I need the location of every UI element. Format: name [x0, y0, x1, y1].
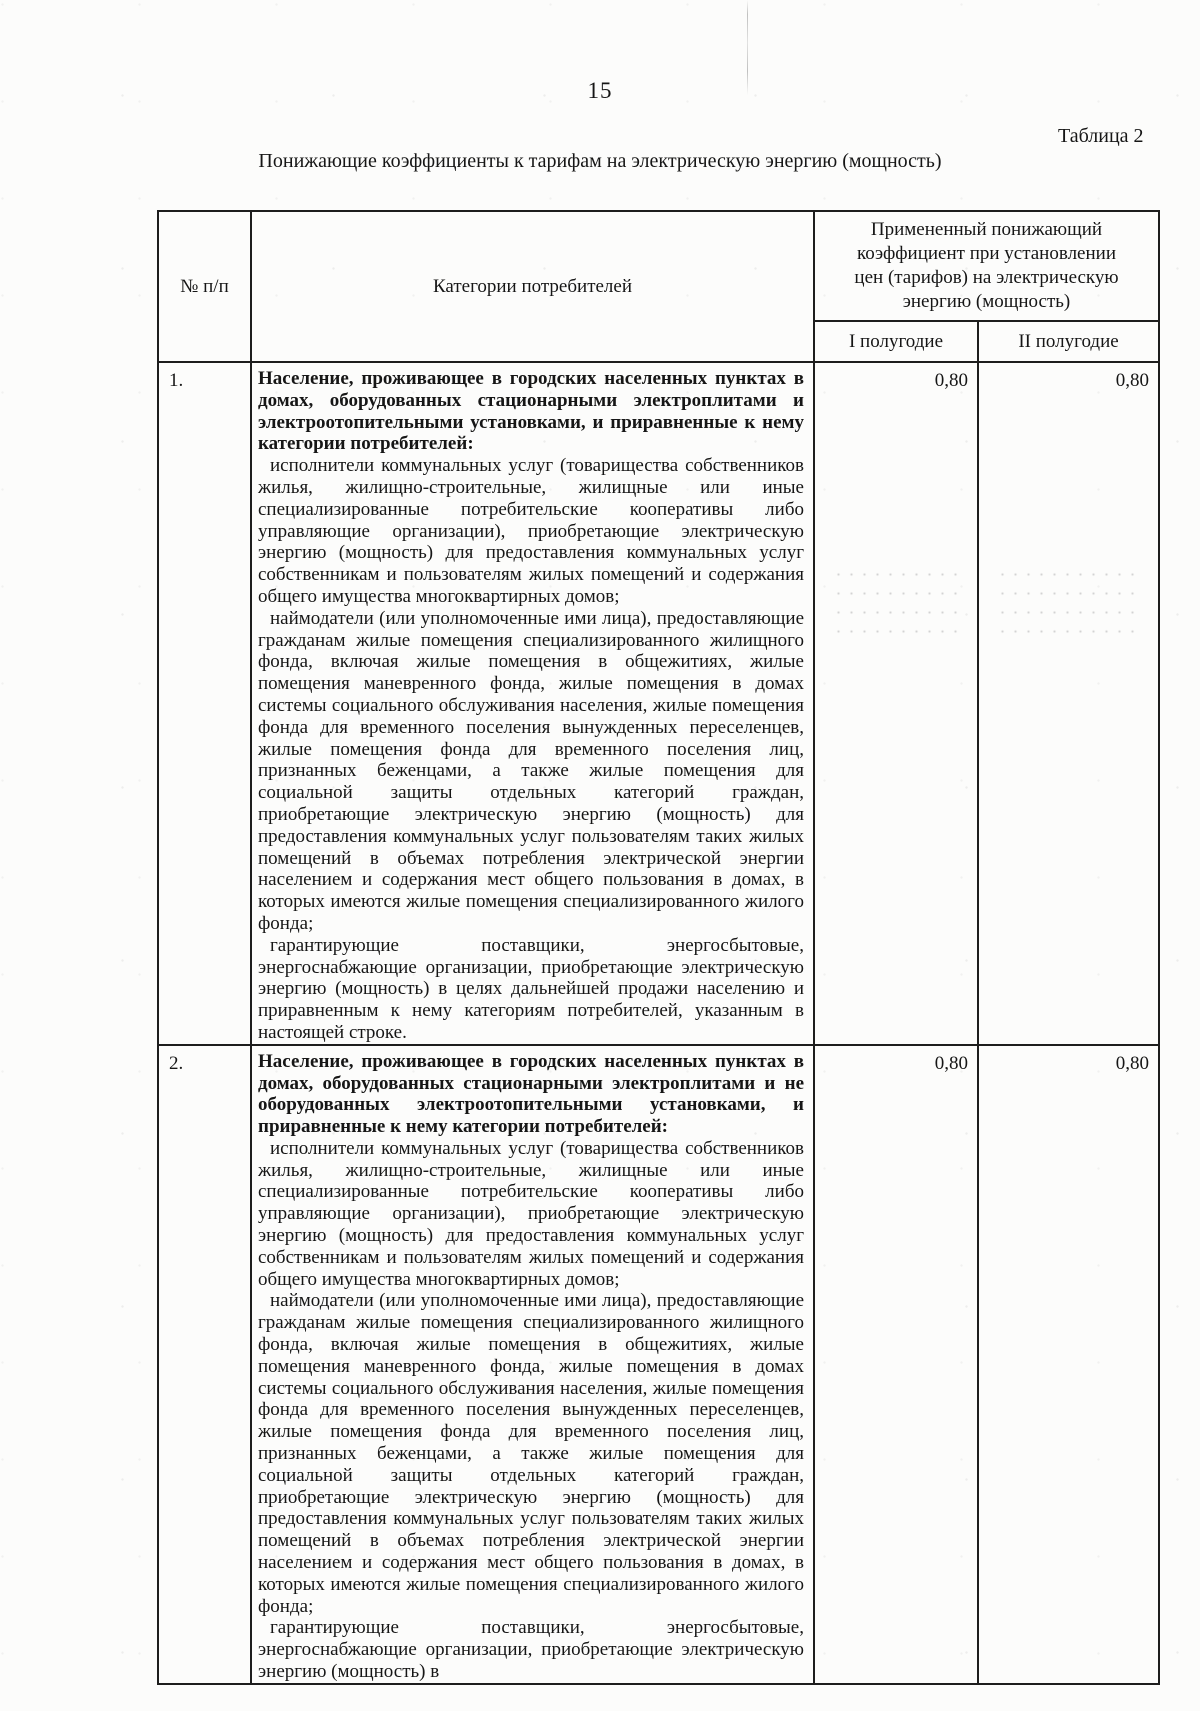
- coefficient-value: 0,80: [1116, 1053, 1149, 1074]
- category-lead: Население, проживающее в городских насел…: [258, 1051, 804, 1138]
- header-half1: I полугодие: [814, 321, 978, 362]
- document-page: { "page": { "number": "15", "table_label…: [0, 0, 1200, 1711]
- header-num: № п/п: [158, 211, 251, 362]
- table-row: 2. Население, проживающее в городских на…: [158, 1045, 1159, 1684]
- category-cell: Население, проживающее в городских насел…: [251, 1045, 814, 1684]
- header-category: Категории потребителей: [251, 211, 814, 362]
- header-half2: II полугодие: [978, 321, 1159, 362]
- coefficient-value: 0,80: [935, 1053, 968, 1074]
- table-row: 1. Население, проживающее в городских на…: [158, 362, 1159, 1045]
- table-header-row: № п/п Категории потребителей Примененный…: [158, 211, 1159, 321]
- row-number: 1.: [158, 362, 251, 1045]
- coefficient-cell-half1: 0,80: [814, 1045, 978, 1684]
- category-cell: Население, проживающее в городских насел…: [251, 362, 814, 1045]
- coefficient-value: 0,80: [935, 370, 968, 391]
- category-paragraph: наймодатели (или уполномоченные ими лица…: [258, 608, 804, 935]
- table-label: Таблица 2: [1058, 125, 1144, 148]
- category-paragraph: гарантирующие поставщики, энергосбытовые…: [258, 935, 804, 1044]
- scan-artifact-noise: [829, 563, 963, 649]
- category-paragraph: исполнители коммунальных услуг (товарище…: [258, 455, 804, 608]
- row-number: 2.: [158, 1045, 251, 1684]
- page-number: 15: [0, 78, 1200, 104]
- tariff-table: № п/п Категории потребителей Примененный…: [157, 210, 1160, 1685]
- document-title: Понижающие коэффициенты к тарифам на эле…: [0, 150, 1200, 173]
- coefficient-cell-half2: 0,80: [978, 362, 1159, 1045]
- coefficient-value: 0,80: [1116, 370, 1149, 391]
- coefficient-cell-half2: 0,80: [978, 1045, 1159, 1684]
- category-paragraph: исполнители коммунальных услуг (товарище…: [258, 1138, 804, 1291]
- category-lead: Население, проживающее в городских насел…: [258, 368, 804, 455]
- header-coefficient-group: Примененный понижающий коэффициент при у…: [814, 211, 1159, 321]
- category-paragraph: наймодатели (или уполномоченные ими лица…: [258, 1290, 804, 1617]
- scan-artifact-noise: [993, 563, 1144, 649]
- category-paragraph: гарантирующие поставщики, энергосбытовые…: [258, 1617, 804, 1682]
- coefficient-cell-half1: 0,80: [814, 362, 978, 1045]
